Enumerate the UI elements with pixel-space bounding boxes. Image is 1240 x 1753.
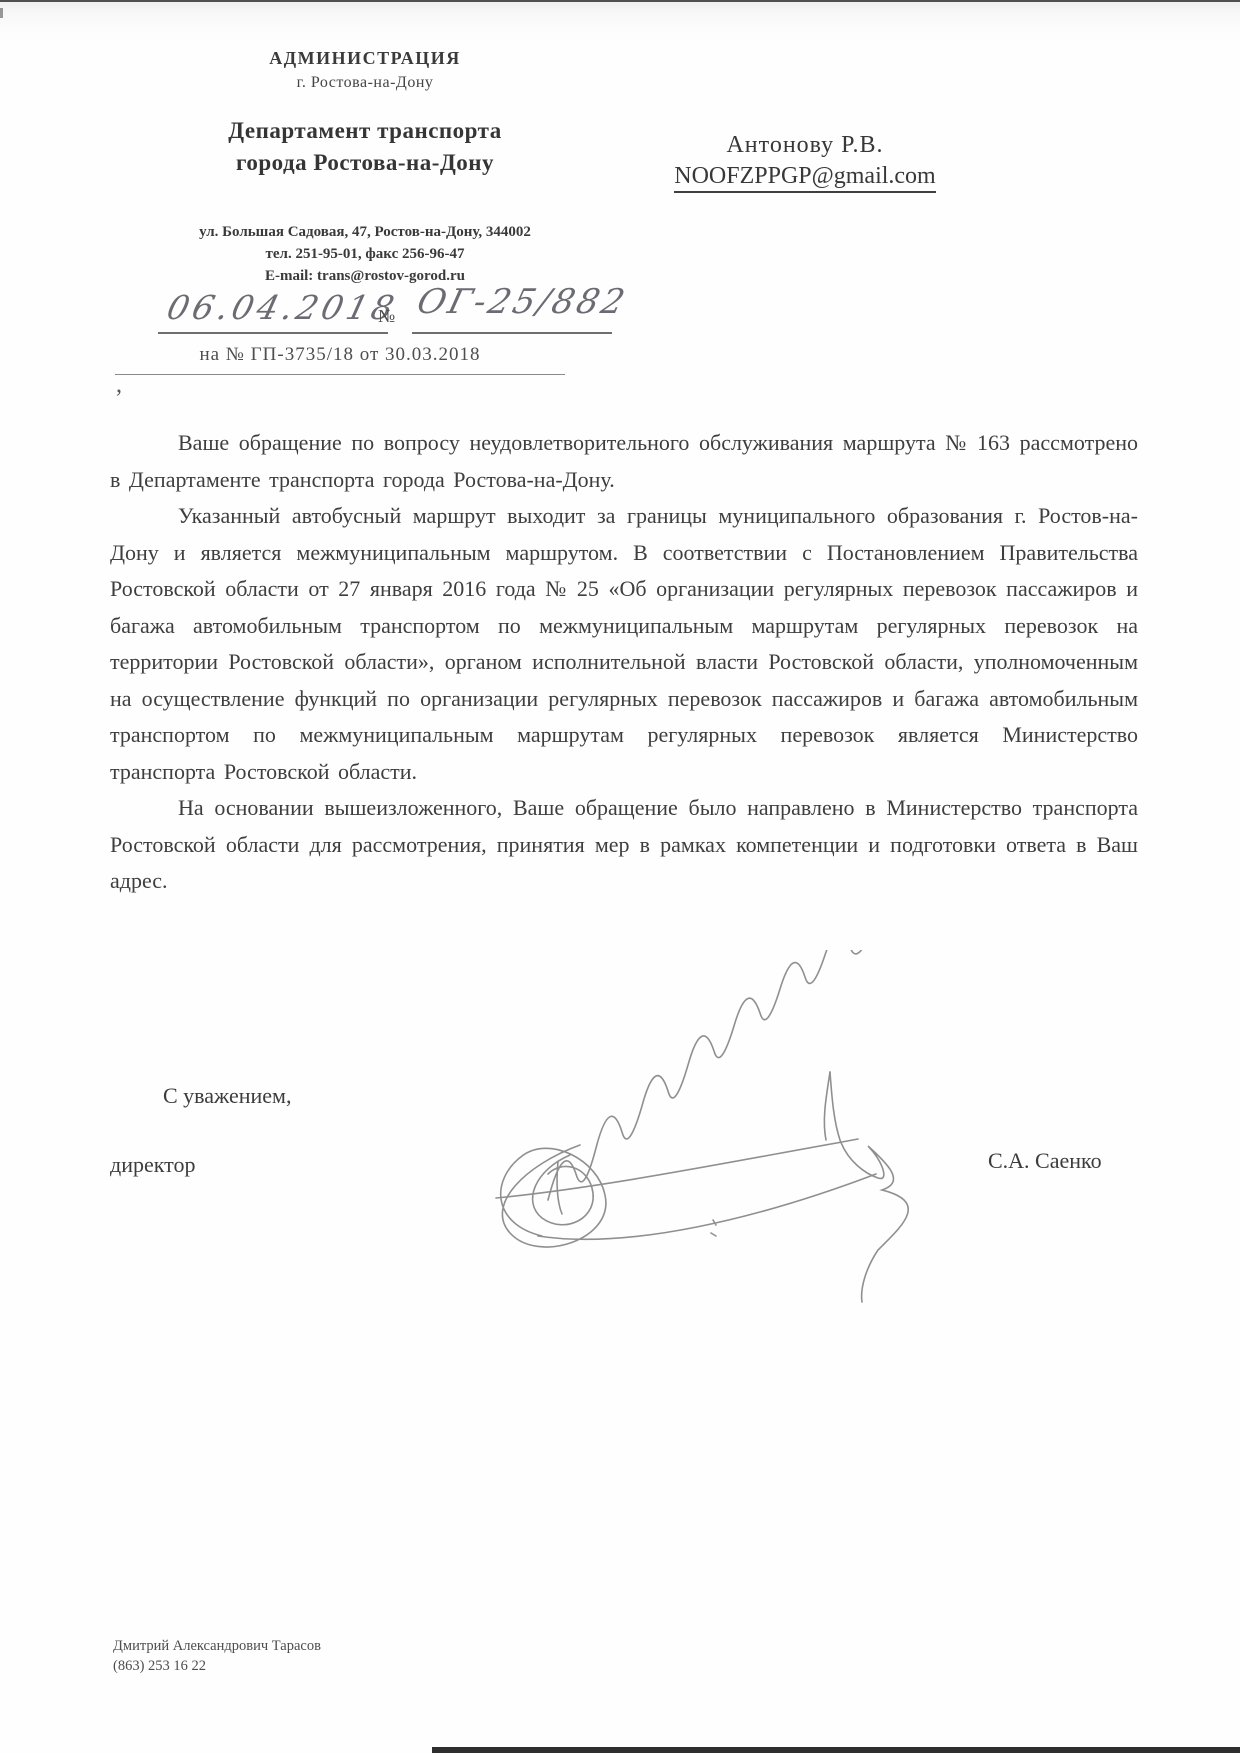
scan-speck bbox=[0, 8, 3, 18]
letterhead-address: ул. Большая Садовая, 47, Ростов-на-Дону,… bbox=[130, 224, 600, 241]
recipient-block: Антонову Р.В. NOOFZPPGP@gmail.com bbox=[655, 132, 955, 193]
footer-contact-phone: (863) 253 16 22 bbox=[113, 1656, 321, 1676]
signer-name: С.А. Саенко bbox=[988, 1148, 1102, 1174]
letterhead-department-line2: города Ростова-на-Дону bbox=[130, 150, 600, 176]
recipient-name: Антонову Р.В. bbox=[655, 132, 955, 159]
outgoing-reference-row: 06.04.2018 № ОГ-25/882 bbox=[150, 288, 620, 340]
letterhead-department-line1: Департамент транспорта bbox=[130, 118, 600, 144]
footer-contact-block: Дмитрий Александрович Тарасов (863) 253 … bbox=[113, 1636, 321, 1676]
handwritten-date: 06.04.2018 bbox=[163, 288, 402, 327]
letterhead-org-city: г. Ростова-на-Дону bbox=[130, 74, 600, 92]
letterhead-org-name: АДМИНИСТРАЦИЯ bbox=[130, 48, 600, 69]
scan-edge-bottom bbox=[432, 1747, 1240, 1753]
handwritten-outgoing-number: ОГ-25/882 bbox=[413, 282, 631, 322]
footer-contact-name: Дмитрий Александрович Тарасов bbox=[113, 1636, 321, 1656]
closing-salutation: С уважением, bbox=[163, 1083, 291, 1109]
date-underline bbox=[158, 332, 388, 334]
scan-artifact-top bbox=[0, 0, 1240, 46]
signer-position: директор bbox=[110, 1152, 195, 1178]
number-underline bbox=[412, 332, 612, 334]
scan-edge-top bbox=[0, 0, 1240, 2]
body-paragraph-1: Ваше обращение по вопросу неудовлетворит… bbox=[110, 425, 1138, 498]
body-paragraph-3: На основании вышеизложенного, Ваше обращ… bbox=[110, 790, 1138, 900]
signature-scribble bbox=[430, 950, 990, 1310]
stray-mark: , bbox=[116, 372, 122, 399]
letterhead-phone: тел. 251-95-01, факс 256-96-47 bbox=[130, 246, 600, 263]
recipient-email: NOOFZPPGP@gmail.com bbox=[674, 163, 935, 193]
letter-document: АДМИНИСТРАЦИЯ г. Ростова-на-Дону Департа… bbox=[0, 0, 1240, 1753]
reply-reference-line: на № ГП-3735/18 от 30.03.2018 bbox=[115, 344, 565, 375]
number-sign: № bbox=[378, 306, 395, 327]
body-paragraph-2: Указанный автобусный маршрут выходит за … bbox=[110, 498, 1138, 790]
letter-body: Ваше обращение по вопросу неудовлетворит… bbox=[110, 425, 1138, 900]
